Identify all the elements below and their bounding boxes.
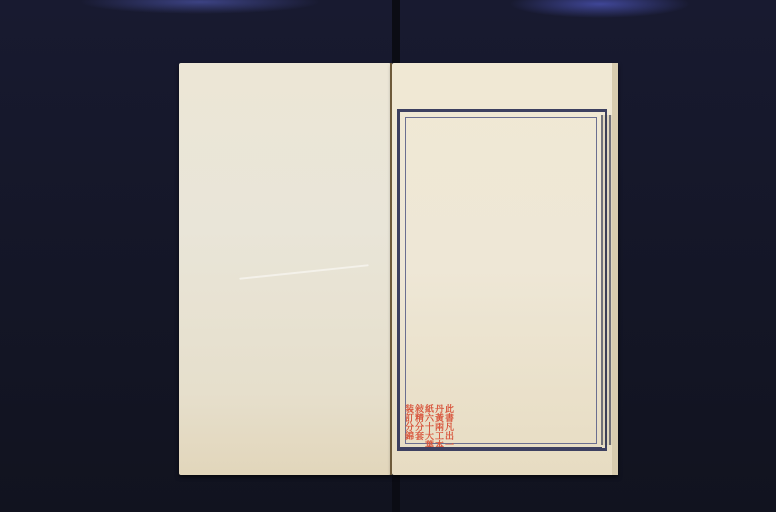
left-page	[179, 63, 391, 475]
seal-column: 紙六十大葉	[423, 404, 432, 449]
seal-column: 此書凡出一	[443, 404, 452, 449]
seal-column: 丹黃兩工本	[433, 404, 442, 449]
right-page: 此書凡出一 丹黃兩工本 紙六十大葉 敍精分套 装訂分錦	[392, 63, 618, 475]
bottom-rule	[397, 447, 602, 450]
bleed-through-text	[412, 126, 593, 438]
fore-edge	[612, 63, 618, 475]
red-seal-stamp: 此書凡出一 丹黃兩工本 紙六十大葉 敍精分套 装訂分錦	[403, 404, 452, 449]
paper-crease	[239, 264, 368, 280]
seal-column: 装訂分錦	[403, 404, 412, 449]
print-frame: 此書凡出一 丹黃兩工本 紙六十大葉 敍精分套 装訂分錦	[397, 109, 607, 451]
book-gutter	[390, 63, 392, 475]
seal-column: 敍精分套	[413, 404, 422, 449]
